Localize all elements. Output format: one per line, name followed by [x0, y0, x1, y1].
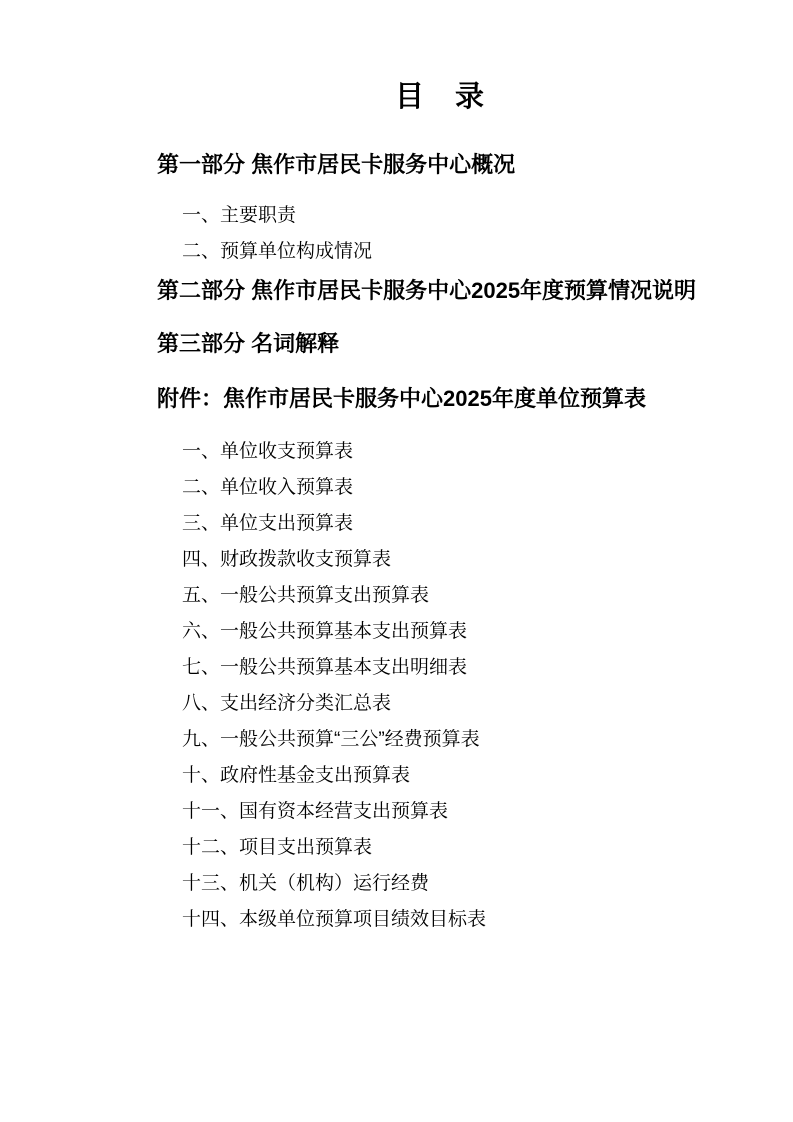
- toc-item: 八、支出经济分类汇总表: [157, 686, 723, 722]
- toc-item: 六、一般公共预算基本支出预算表: [157, 614, 723, 650]
- toc-heading-part-1: 第一部分 焦作市居民卡服务中心概况: [157, 150, 723, 180]
- table-of-contents: 第一部分 焦作市居民卡服务中心概况 一、主要职责 二、预算单位构成情况 第二部分…: [157, 150, 723, 938]
- toc-item: 十一、国有资本经营支出预算表: [157, 794, 723, 830]
- toc-item: 二、预算单位构成情况: [157, 234, 723, 270]
- toc-item: 十四、本级单位预算项目绩效目标表: [157, 902, 723, 938]
- toc-heading-appendix: 附件：焦作市居民卡服务中心2025年度单位预算表: [157, 384, 723, 414]
- document-page: 目 录 第一部分 焦作市居民卡服务中心概况 一、主要职责 二、预算单位构成情况 …: [0, 0, 793, 1122]
- toc-heading-part-3: 第三部分 名词解释: [157, 329, 723, 359]
- toc-item: 十三、机关（机构）运行经费: [157, 866, 723, 902]
- toc-item: 十、政府性基金支出预算表: [157, 758, 723, 794]
- toc-item: 四、财政拨款收支预算表: [157, 542, 723, 578]
- toc-heading-part-2: 第二部分 焦作市居民卡服务中心2025年度预算情况说明: [157, 276, 723, 306]
- toc-item: 二、单位收入预算表: [157, 470, 723, 506]
- toc-item: 一、单位收支预算表: [157, 434, 723, 470]
- toc-item: 五、一般公共预算支出预算表: [157, 578, 723, 614]
- toc-item: 三、单位支出预算表: [157, 506, 723, 542]
- toc-item: 十二、项目支出预算表: [157, 830, 723, 866]
- toc-item: 七、一般公共预算基本支出明细表: [157, 650, 723, 686]
- toc-item: 一、主要职责: [157, 198, 723, 234]
- toc-item: 九、一般公共预算“三公”经费预算表: [157, 722, 723, 758]
- page-title: 目 录: [157, 80, 723, 114]
